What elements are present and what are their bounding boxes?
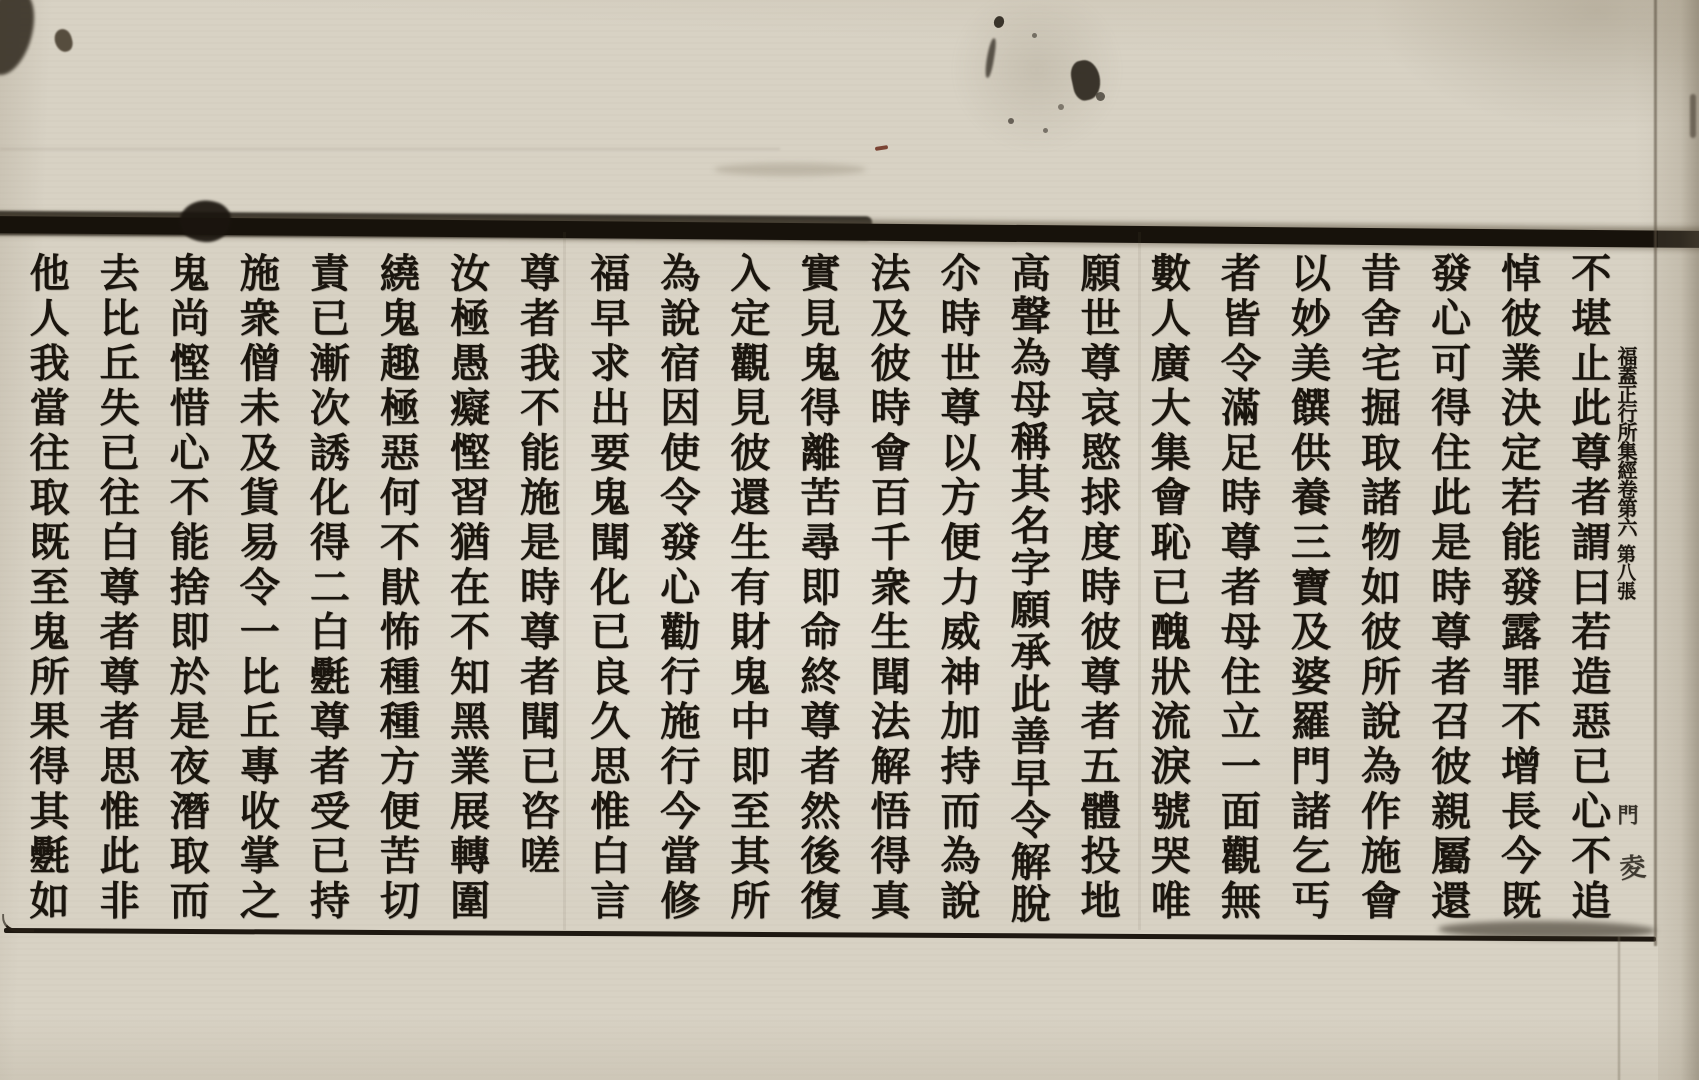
sheet-number-label: 第八張 [1612, 544, 1639, 600]
ink-smudge-top-left-corner [0, 0, 44, 81]
text-column: 他人我當往取既至鬼所果得其氎如 [22, 252, 70, 952]
text-column: 法及彼時會百千衆生聞法解悟得真 [863, 252, 911, 952]
ink-speck [1032, 33, 1037, 38]
columns-host: 不堪止此尊者謂曰若造惡已心不追悼彼業決定若能發露罪不增長今既發心可得住此是時尊者… [22, 252, 1612, 952]
ink-speck [1043, 128, 1048, 133]
text-column: 高聲為母稱其名字願承此善早令解脫 [1003, 252, 1051, 952]
red-ink-speck [875, 145, 888, 151]
text-column: 去比丘失已往白尊者尊者思惟此非 [92, 252, 140, 952]
text-column: 悼彼業決定若能發露罪不增長今既 [1494, 252, 1542, 952]
horizontal-crease [0, 148, 780, 150]
text-column: 以妙美饌供養三寶及婆羅門諸乞丐 [1283, 252, 1331, 952]
text-column: 汝極愚癡慳習猶在不知黑業展轉圍 [442, 252, 490, 952]
text-column: 繞鬼趣極惡何不猒怖種種方便苦切 [372, 252, 420, 952]
text-column: 入定觀見彼還生有財鬼中即至其所 [723, 252, 771, 952]
margin-mark-handwritten: 夌 [1611, 852, 1651, 882]
text-column: 責已漸次誘化得二白氎尊者受已持 [302, 252, 350, 952]
sutra-page: 福蓋正行所集經卷第六 第八張 門 夌 不堪止此尊者謂曰若造惡已心不追悼彼業決定若… [0, 0, 1699, 1080]
ink-blob-on-top-rule [176, 195, 235, 248]
edge-ink-mark [1690, 94, 1696, 138]
text-column: 數人廣大集會恥已醜狀流淚號哭唯 [1143, 252, 1191, 952]
text-column: 者皆令滿足時尊者母住立一面觀無 [1213, 252, 1261, 952]
text-column: 尊者我不能施是時尊者聞已咨嗟 [513, 252, 561, 952]
ink-speck [1096, 92, 1105, 101]
ink-spot [52, 27, 74, 53]
text-column: 昔舍宅掘取諸物如彼所說為作施會 [1353, 252, 1401, 952]
right-margin-band [1658, 0, 1699, 1080]
text-column: 鬼尚慳惜心不能捨即於是夜潛取而 [162, 252, 210, 952]
text-column: 願世尊哀愍捄度時彼尊者五體投地 [1073, 252, 1121, 952]
text-column: 實見鬼得離苦尋即命終尊者然後復 [793, 252, 841, 952]
gray-smudge-streak [714, 163, 866, 176]
text-column: 不堪止此尊者謂曰若造惡已心不追 [1564, 252, 1612, 952]
ink-speck [1008, 118, 1014, 124]
text-column: 福早求出要鬼聞化已良久思惟白言 [583, 252, 631, 952]
text-column: 施衆僧未及貨易令一比丘專收掌之 [232, 252, 280, 952]
text-column: 尒時世尊以方便力威神加持而為說 [933, 252, 981, 952]
text-column: 為說宿因使令發心勸行施行今當修 [653, 252, 701, 952]
margin-mark-men: 門 [1612, 804, 1642, 825]
scripture-title: 福蓋正行所集經卷第六 [1612, 346, 1641, 536]
text-column: 發心可得住此是時尊者召彼親屬還 [1424, 252, 1472, 952]
ink-speck [1058, 104, 1064, 110]
